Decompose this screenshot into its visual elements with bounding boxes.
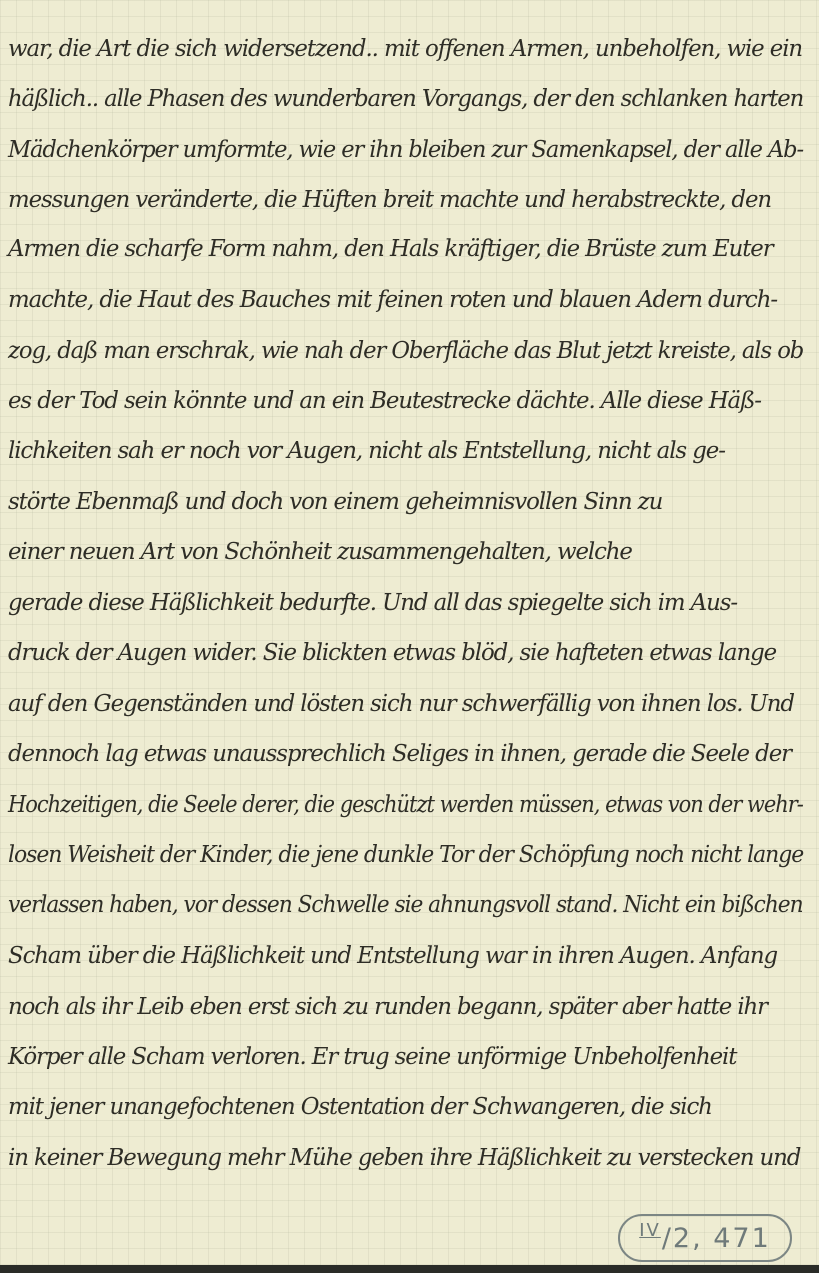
text-line: dennoch lag etwas unaussprechlich Selige… (8, 741, 803, 767)
text-line: druck der Augen wider. Sie blickten etwa… (8, 640, 803, 666)
archive-signature-stamp: IV /2, 471 (618, 1214, 792, 1262)
signature-number: /2, 471 (662, 1223, 771, 1254)
text-line: auf den Gegenständen und lösten sich nur… (8, 691, 803, 717)
text-line: Hochzeitigen, die Seele derer, die gesch… (8, 792, 737, 818)
text-line: machte, die Haut des Bauches mit feinen … (8, 287, 803, 313)
text-line: losen Weisheit der Kinder, die jene dunk… (8, 842, 772, 868)
text-line: Armen die scharfe Form nahm, den Hals kr… (8, 236, 803, 262)
manuscript-page: war, die Art die sich widersetzend.. mit… (0, 0, 819, 1265)
text-line: Körper alle Scham verloren. Er trug sein… (8, 1044, 803, 1070)
text-line: Scham über die Häßlichkeit und Entstellu… (8, 943, 803, 969)
text-line: mit jener unangefochtenen Ostentation de… (8, 1094, 803, 1120)
text-line: es der Tod sein könnte und an ein Beutes… (8, 388, 803, 414)
text-line: störte Ebenmaß und doch von einem geheim… (8, 489, 803, 515)
text-line: lichkeiten sah er noch vor Augen, nicht … (8, 438, 803, 464)
text-line: zog, daß man erschrak, wie nah der Oberf… (8, 338, 798, 364)
text-line: häßlich.. alle Phasen des wunderbaren Vo… (8, 86, 799, 112)
text-line: Mädchenkörper umformte, wie er ihn bleib… (8, 137, 792, 163)
text-line: in keiner Bewegung mehr Mühe geben ihre … (8, 1145, 803, 1171)
text-line: messungen veränderte, die Hüften breit m… (8, 187, 803, 213)
text-line: verlassen haben, vor dessen Schwelle sie… (8, 892, 764, 918)
text-line: gerade diese Häßlichkeit bedurfte. Und a… (8, 590, 803, 616)
text-line: war, die Art die sich widersetzend.. mit… (8, 36, 803, 62)
text-line: einer neuen Art von Schönheit zusammenge… (8, 539, 803, 565)
scan-bottom-edge (0, 1265, 819, 1273)
text-line: noch als ihr Leib eben erst sich zu rund… (8, 994, 803, 1020)
signature-volume: IV (639, 1220, 661, 1241)
